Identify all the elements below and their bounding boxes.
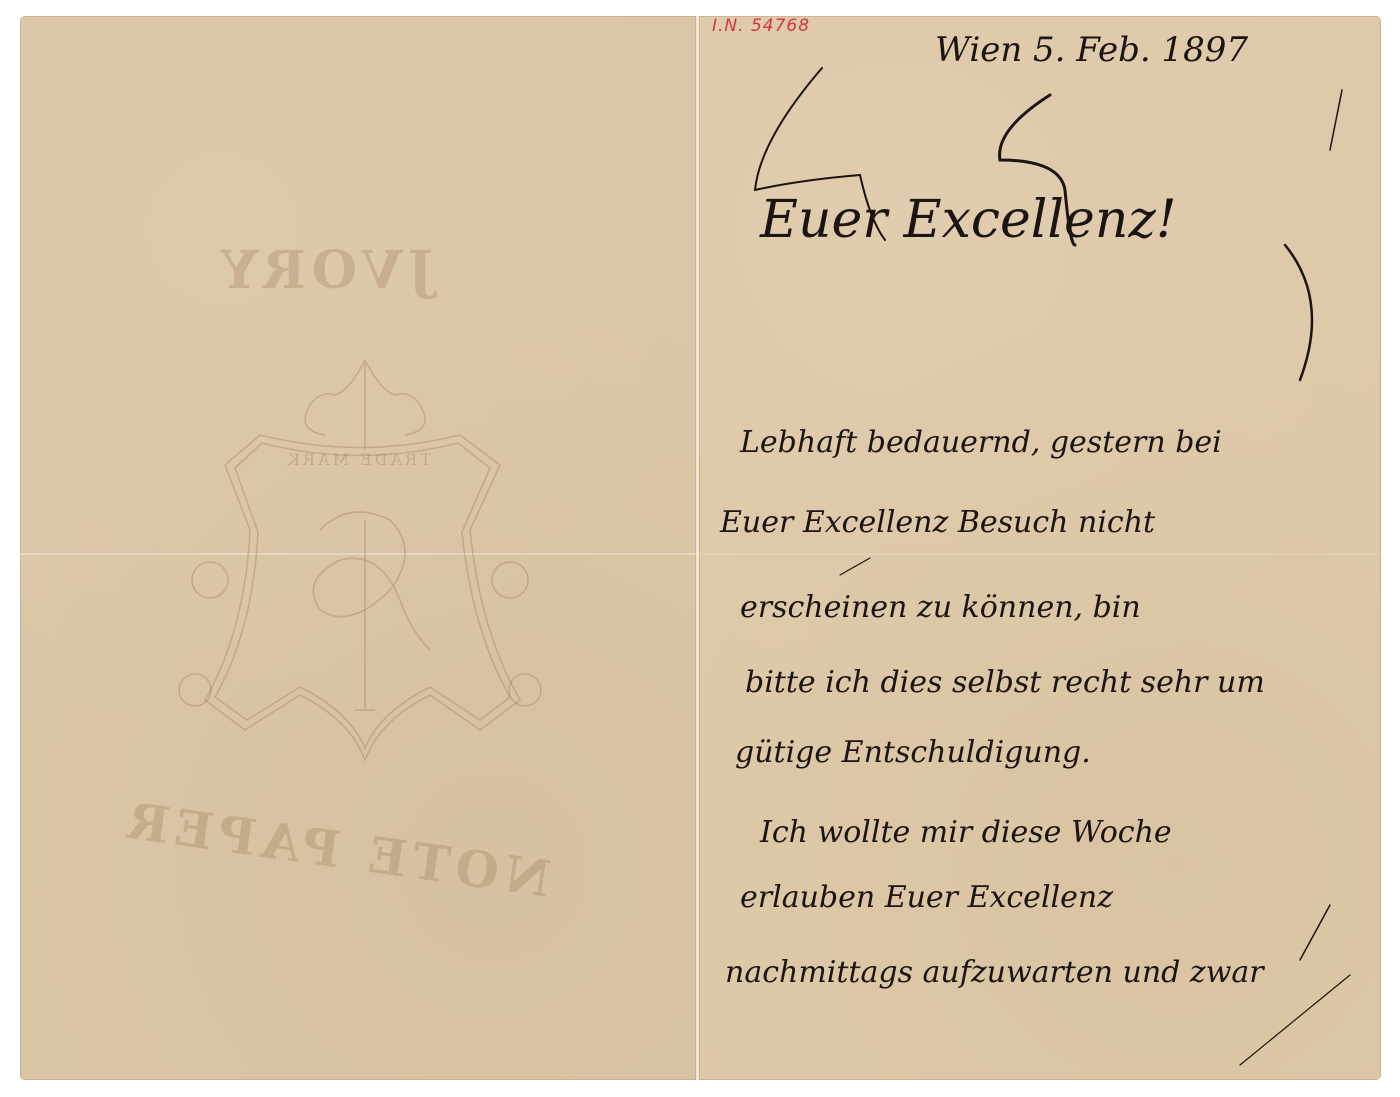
letter-dateline: Wien 5. Feb. 1897 xyxy=(935,30,1248,70)
watermark-ivory-text: JVORY xyxy=(215,240,433,301)
letter-salutation: Euer Excellenz! xyxy=(760,190,1177,250)
body-line-4: bitte ich dies selbst recht sehr um xyxy=(745,665,1265,700)
archive-inventory-number: I.N. 54768 xyxy=(712,16,810,36)
body-line-1: Lebhaft bedauernd, gestern bei xyxy=(740,425,1222,460)
body-line-3: erscheinen zu können, bin xyxy=(740,590,1141,625)
horizontal-fold-line xyxy=(699,552,1381,555)
right-page xyxy=(699,16,1381,1080)
body-line-5: gütige Entschuldigung. xyxy=(735,735,1091,770)
body-line-6: Ich wollte mir diese Woche xyxy=(760,815,1172,850)
watermark-trade-mark-label: TRADE MARK xyxy=(285,450,431,469)
body-line-8: nachmittags aufzuwarten und zwar xyxy=(725,955,1264,990)
body-line-2: Euer Excellenz Besuch nicht xyxy=(720,505,1155,540)
watermark-trademark-emblem-icon xyxy=(150,350,570,780)
body-line-7: erlauben Euer Excellenz xyxy=(740,880,1113,915)
